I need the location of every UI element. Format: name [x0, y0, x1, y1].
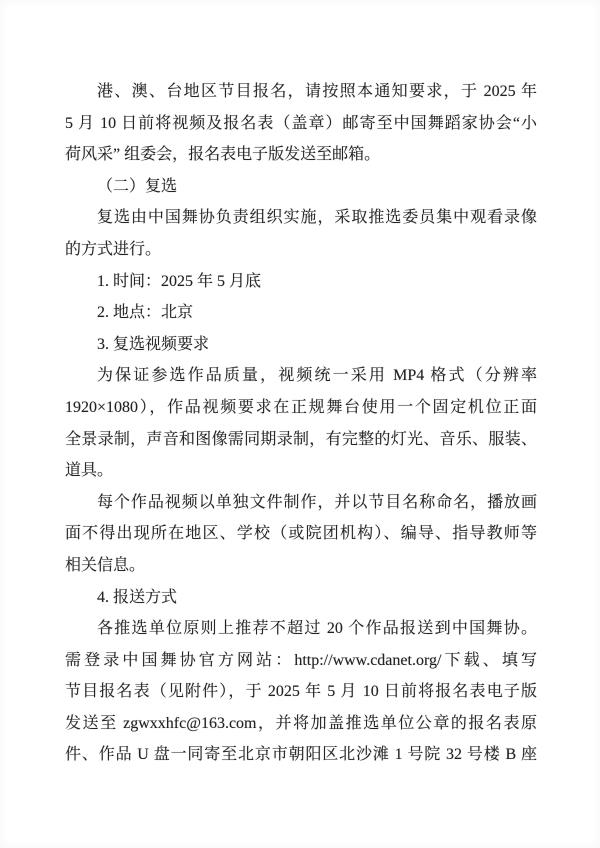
text-line: 发送至 zgwxxhfc@163.com，并将加盖推选单位公章的报名表原: [65, 708, 537, 740]
text-line: 为保证参选作品质量，视频统一采用 MP4 格式（分辨率: [65, 360, 537, 392]
list-item-line: 4. 报送方式: [65, 582, 537, 614]
text-line: 每个作品视频以单独文件制作，并以节目名称命名，播放画: [65, 487, 537, 519]
text-line: 各推选单位原则上推荐不超过 20 个作品报送到中国舞协。: [65, 613, 537, 645]
text-line: 道具。: [65, 455, 537, 487]
text-line: 5 月 10 日前将视频及报名表（盖章）邮寄至中国舞蹈家协会“小: [65, 108, 537, 140]
text-line: 节目报名表（见附件），于 2025 年 5 月 10 日前将报名表电子版: [65, 676, 537, 708]
section-heading-line: （二）复选: [65, 171, 537, 203]
document-text-block: 港、澳、台地区节目报名，请按照本通知要求，于 2025 年 5 月 10 日前将…: [65, 76, 537, 771]
text-line: 的方式进行。: [65, 234, 537, 266]
text-line: 复选由中国舞协负责组织实施，采取推选委员集中观看录像: [65, 202, 537, 234]
text-line: 全景录制，声音和图像需同期录制，有完整的灯光、音乐、服装、: [65, 424, 537, 456]
text-line: 港、澳、台地区节目报名，请按照本通知要求，于 2025 年: [65, 76, 537, 108]
text-line: 相关信息。: [65, 550, 537, 582]
list-item-line: 2. 地点：北京: [65, 297, 537, 329]
list-item-line: 3. 复选视频要求: [65, 329, 537, 361]
text-line: 荷风采” 组委会，报名表电子版发送至邮箱。: [65, 139, 537, 171]
text-line: 件、作品 U 盘一同寄至北京市朝阳区北沙滩 1 号院 32 号楼 B 座: [65, 739, 537, 771]
text-line: 面不得出现所在地区、学校（或院团机构）、编导、指导教师等: [65, 518, 537, 550]
text-line: 1920×1080），作品视频要求在正规舞台使用一个固定机位正面: [65, 392, 537, 424]
text-line: 需登录中国舞协官方网站：http://www.cdanet.org/下载、填写: [65, 645, 537, 677]
list-item-line: 1. 时间：2025 年 5 月底: [65, 266, 537, 298]
document-page: 港、澳、台地区节目报名，请按照本通知要求，于 2025 年 5 月 10 日前将…: [0, 0, 600, 848]
